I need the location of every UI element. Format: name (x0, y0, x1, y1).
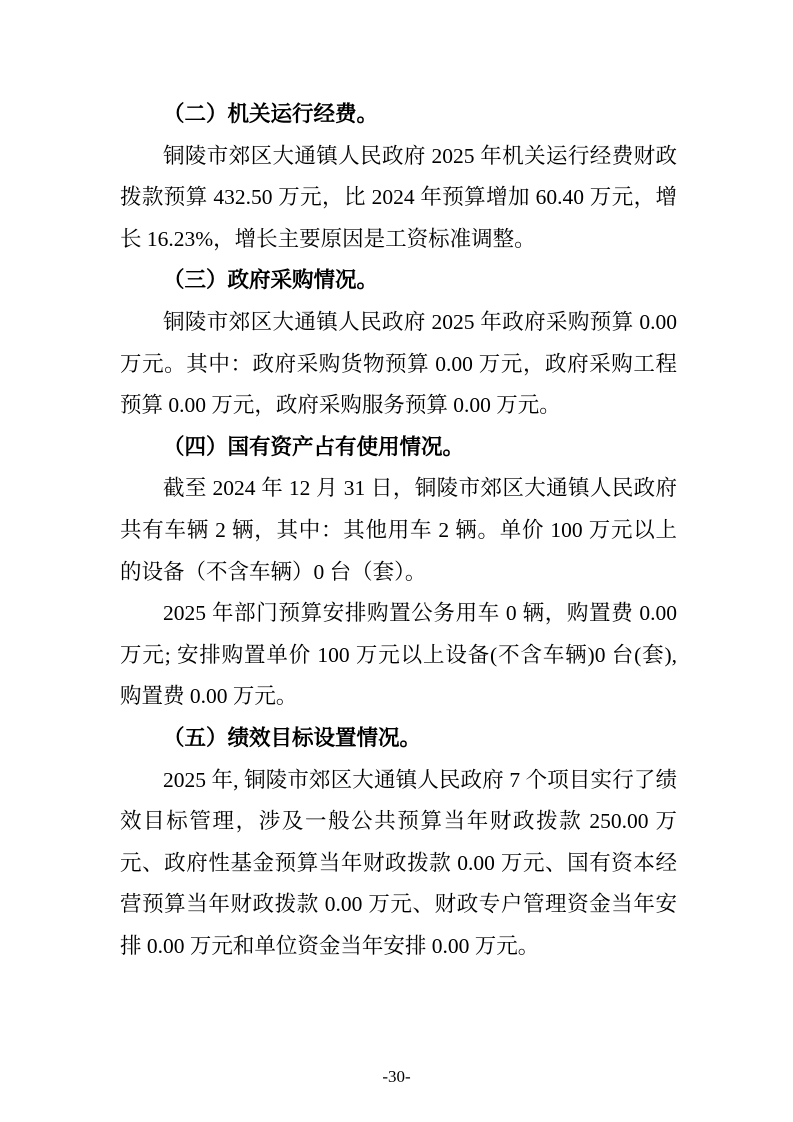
body-paragraph: 2025 年部门预算安排购置公务用车 0 辆，购置费 0.00 万元; 安排购置… (120, 593, 677, 718)
section-government-procurement: （三）政府采购情况。 铜陵市郊区大通镇人民政府 2025 年政府采购预算 0.0… (120, 260, 677, 426)
section-heading: （二）机关运行经费。 (120, 94, 677, 136)
section-heading: （五）绩效目标设置情况。 (120, 718, 677, 760)
body-paragraph: 截至 2024 年 12 月 31 日，铜陵市郊区大通镇人民政府共有车辆 2 辆… (120, 468, 677, 593)
section-performance-targets: （五）绩效目标设置情况。 2025 年, 铜陵市郊区大通镇人民政府 7 个项目实… (120, 718, 677, 968)
section-state-owned-assets: （四）国有资产占有使用情况。 截至 2024 年 12 月 31 日，铜陵市郊区… (120, 427, 677, 718)
page-number: -30- (0, 1066, 793, 1088)
document-body: （二）机关运行经费。 铜陵市郊区大通镇人民政府 2025 年机关运行经费财政拨款… (120, 94, 677, 967)
body-paragraph: 铜陵市郊区大通镇人民政府 2025 年政府采购预算 0.00 万元。其中：政府采… (120, 302, 677, 427)
section-heading: （四）国有资产占有使用情况。 (120, 427, 677, 469)
section-agency-operating-costs: （二）机关运行经费。 铜陵市郊区大通镇人民政府 2025 年机关运行经费财政拨款… (120, 94, 677, 260)
document-page: （二）机关运行经费。 铜陵市郊区大通镇人民政府 2025 年机关运行经费财政拨款… (0, 0, 793, 1122)
section-heading: （三）政府采购情况。 (120, 260, 677, 302)
body-paragraph: 铜陵市郊区大通镇人民政府 2025 年机关运行经费财政拨款预算 432.50 万… (120, 136, 677, 261)
body-paragraph: 2025 年, 铜陵市郊区大通镇人民政府 7 个项目实行了绩效目标管理，涉及一般… (120, 760, 677, 968)
